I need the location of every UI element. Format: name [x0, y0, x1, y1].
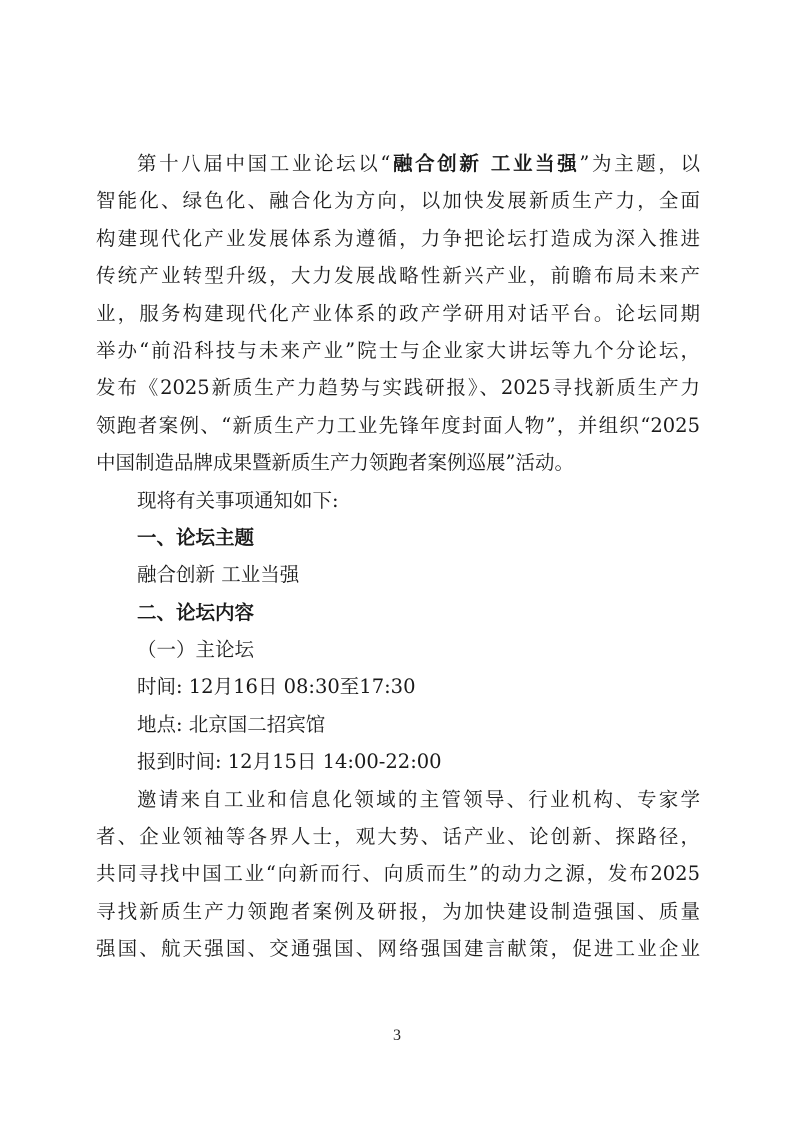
forum-theme-bold: 融合创新 工业当强 — [390, 152, 579, 175]
main-forum-registration: 报到时间: 12月15日 14:00-22:00 — [96, 743, 700, 780]
main-forum-location: 地点: 北京国二招宾馆 — [96, 706, 700, 743]
main-forum-paragraph-line: 者、企业领袖等各界人士，观大势、话产业、论创新、探路径， — [96, 818, 700, 855]
notice-line: 现将有关事项通知如下: — [96, 482, 700, 519]
main-forum-paragraph-line: 寻找新质生产力领跑者案例及研报，为加快建设制造强国、质量 — [96, 893, 700, 930]
main-forum-time: 时间: 12月16日 08:30至17:30 — [96, 668, 700, 705]
intro-paragraph-line: 举办“前沿科技与未来产业”院士与企业家大讲坛等九个分论坛， — [96, 332, 700, 369]
intro-paragraph-line: 中国制造品牌成果暨新质生产力领跑者案例巡展”活动。 — [96, 444, 700, 481]
section1-heading: 一、论坛主题 — [96, 519, 700, 556]
section2-heading: 二、论坛内容 — [96, 594, 700, 631]
intro-paragraph-line: 智能化、绿色化、融合化为方向，以加快发展新质生产力，全面 — [96, 182, 700, 219]
section1-content: 融合创新 工业当强 — [96, 556, 700, 593]
intro-paragraph-first-line: 第十八届中国工业论坛以“融合创新 工业当强”为主题，以 — [96, 145, 700, 182]
intro-text-pre: 第十八届中国工业论坛以“ — [137, 152, 390, 175]
intro-paragraph-line: 领跑者案例、“新质生产力工业先锋年度封面人物”，并组织“2025 — [96, 407, 700, 444]
subsection1-heading: （一）主论坛 — [96, 631, 700, 668]
main-forum-paragraph-line: 邀请来自工业和信息化领域的主管领导、行业机构、专家学 — [96, 781, 700, 818]
main-forum-paragraph-line: 强国、航天强国、交通强国、网络强国建言献策，促进工业企业 — [96, 930, 700, 967]
body-text: 第十八届中国工业论坛以“融合创新 工业当强”为主题，以 智能化、绿色化、融合化为… — [96, 145, 700, 968]
intro-paragraph-line: 业，服务构建现代化产业体系的政产学研用对话平台。论坛同期 — [96, 295, 700, 332]
intro-paragraph-line: 发布《2025新质生产力趋势与实践研报》、2025寻找新质生产力 — [96, 369, 700, 406]
intro-paragraph-line: 传统产业转型升级，大力发展战略性新兴产业，前瞻布局未来产 — [96, 257, 700, 294]
page-number: 3 — [0, 1027, 794, 1045]
intro-paragraph-line: 构建现代化产业发展体系为遵循，力争把论坛打造成为深入推进 — [96, 220, 700, 257]
main-forum-paragraph-line: 共同寻找中国工业“向新而行、向质而生”的动力之源，发布2025 — [96, 855, 700, 892]
document-page: 第十八届中国工业论坛以“融合创新 工业当强”为主题，以 智能化、绿色化、融合化为… — [0, 0, 794, 1123]
intro-text-post: ”为主题，以 — [579, 152, 700, 175]
